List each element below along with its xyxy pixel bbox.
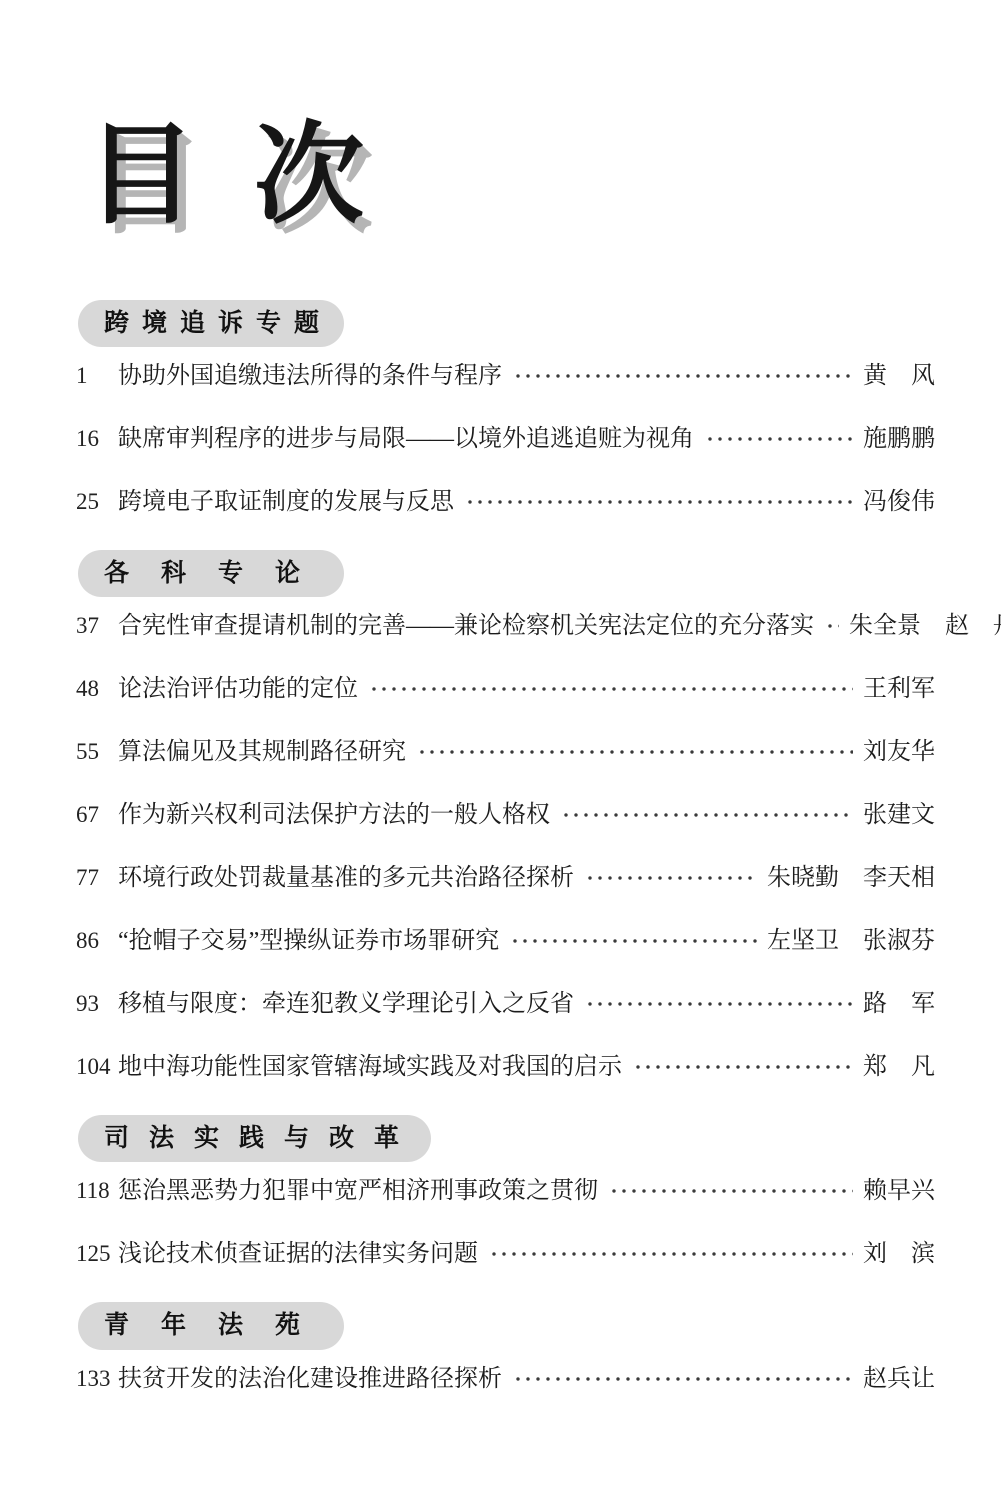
entry-authors: 王利军: [863, 674, 935, 704]
toc-entry: 118 惩治黑恶势力犯罪中宽严相济刑事政策之贯彻 赖早兴: [76, 1176, 935, 1206]
dot-leader: [511, 361, 853, 391]
entry-authors: 刘 滨: [863, 1239, 935, 1269]
dot-leader: [463, 487, 853, 517]
dot-leader: [508, 926, 757, 956]
entry-title: 惩治黑恶势力犯罪中宽严相济刑事政策之贯彻: [118, 1176, 598, 1206]
entry-authors: 路 军: [863, 989, 935, 1019]
entry-page-number: 93: [76, 989, 118, 1019]
entry-authors: 郑 凡: [863, 1052, 935, 1082]
entry-title: “抢帽子交易”型操纵证券市场罪研究: [118, 926, 499, 956]
toc-list: 跨境追诉专题 1 协助外国追缴违法所得的条件与程序 黄 风 16 缺席审判程序的…: [0, 300, 1001, 1394]
entry-authors: 左坚卫 张淑芬: [767, 926, 935, 956]
entry-title: 算法偏见及其规制路径研究: [118, 737, 406, 767]
entry-page-number: 16: [76, 424, 118, 454]
entry-page-number: 118: [76, 1176, 118, 1206]
dot-leader: [823, 611, 839, 641]
entry-authors: 赖早兴: [863, 1176, 935, 1206]
entry-title: 协助外国追缴违法所得的条件与程序: [118, 361, 502, 391]
entry-page-number: 1: [76, 361, 118, 391]
dot-leader: [703, 424, 853, 454]
toc-entry: 55 算法偏见及其规制路径研究 刘友华: [76, 737, 935, 767]
toc-entry: 93 移植与限度：牵连犯教义学理论引入之反省 路 军: [76, 989, 935, 1019]
entry-page-number: 55: [76, 737, 118, 767]
toc-entry: 25 跨境电子取证制度的发展与反思 冯俊伟: [76, 487, 935, 517]
dot-leader: [487, 1239, 853, 1269]
entry-page-number: 133: [76, 1364, 118, 1394]
dot-leader: [583, 863, 757, 893]
entry-title: 移植与限度：牵连犯教义学理论引入之反省: [118, 989, 574, 1019]
dot-leader: [607, 1176, 853, 1206]
entry-title: 环境行政处罚裁量基准的多元共治路径探析: [118, 863, 574, 893]
section-heading: 司法实践与改革: [78, 1115, 431, 1162]
entry-title: 浅论技术侦查证据的法律实务问题: [118, 1239, 478, 1269]
entry-page-number: 25: [76, 487, 118, 517]
entry-authors: 赵兵让: [863, 1364, 935, 1394]
section-heading: 跨境追诉专题: [78, 300, 344, 347]
entry-title: 论法治评估功能的定位: [118, 674, 358, 704]
entry-page-number: 86: [76, 926, 118, 956]
toc-entry: 104 地中海功能性国家管辖海域实践及对我国的启示 郑 凡: [76, 1052, 935, 1082]
section-judicial-practice-reform: 司法实践与改革 118 惩治黑恶势力犯罪中宽严相济刑事政策之贯彻 赖早兴 125…: [76, 1115, 935, 1269]
entry-title: 扶贫开发的法治化建设推进路径探析: [118, 1364, 502, 1394]
entry-title: 跨境电子取证制度的发展与反思: [118, 487, 454, 517]
toc-entry: 37 合宪性审查提请机制的完善——兼论检察机关宪法定位的充分落实 朱全景 赵 丹: [76, 611, 935, 641]
dot-leader: [631, 1052, 853, 1082]
entry-title: 地中海功能性国家管辖海域实践及对我国的启示: [118, 1052, 622, 1082]
entry-page-number: 37: [76, 611, 118, 641]
dot-leader: [367, 674, 853, 704]
toc-entry: 16 缺席审判程序的进步与局限——以境外追逃追赃为视角 施鹏鹏: [76, 424, 935, 454]
entry-authors: 朱全景 赵 丹: [849, 611, 1001, 641]
section-cross-border-prosecution: 跨境追诉专题 1 协助外国追缴违法所得的条件与程序 黄 风 16 缺席审判程序的…: [76, 300, 935, 517]
dot-leader: [511, 1364, 853, 1394]
section-special-topics: 各科专论 37 合宪性审查提请机制的完善——兼论检察机关宪法定位的充分落实 朱全…: [76, 550, 935, 1082]
toc-entry: 77 环境行政处罚裁量基准的多元共治路径探析 朱晓勤 李天相: [76, 863, 935, 893]
toc-entry: 67 作为新兴权利司法保护方法的一般人格权 张建文: [76, 800, 935, 830]
toc-page: 目次 跨境追诉专题 1 协助外国追缴违法所得的条件与程序 黄 风 16 缺席审判…: [0, 0, 1001, 1489]
section-heading: 各科专论: [78, 550, 344, 597]
entry-title: 缺席审判程序的进步与局限——以境外追逃追赃为视角: [118, 424, 694, 454]
entry-page-number: 77: [76, 863, 118, 893]
entry-authors: 施鹏鹏: [863, 424, 935, 454]
entry-authors: 黄 风: [863, 361, 935, 391]
section-heading: 青年法苑: [78, 1302, 344, 1349]
toc-entry: 133 扶贫开发的法治化建设推进路径探析 赵兵让: [76, 1364, 935, 1394]
entry-page-number: 48: [76, 674, 118, 704]
section-youth-law-forum: 青年法苑 133 扶贫开发的法治化建设推进路径探析 赵兵让: [76, 1302, 935, 1393]
toc-entry: 86 “抢帽子交易”型操纵证券市场罪研究 左坚卫 张淑芬: [76, 926, 935, 956]
entry-title: 作为新兴权利司法保护方法的一般人格权: [118, 800, 550, 830]
dot-leader: [415, 737, 853, 767]
entry-page-number: 67: [76, 800, 118, 830]
toc-entry: 125 浅论技术侦查证据的法律实务问题 刘 滨: [76, 1239, 935, 1269]
page-title: 目次: [86, 118, 1001, 234]
entry-authors: 冯俊伟: [863, 487, 935, 517]
entry-title: 合宪性审查提请机制的完善——兼论检察机关宪法定位的充分落实: [118, 611, 814, 641]
toc-entry: 48 论法治评估功能的定位 王利军: [76, 674, 935, 704]
dot-leader: [583, 989, 853, 1019]
dot-leader: [559, 800, 853, 830]
entry-authors: 刘友华: [863, 737, 935, 767]
entry-page-number: 104: [76, 1052, 118, 1082]
entry-authors: 张建文: [863, 800, 935, 830]
toc-entry: 1 协助外国追缴违法所得的条件与程序 黄 风: [76, 361, 935, 391]
entry-authors: 朱晓勤 李天相: [767, 863, 935, 893]
entry-page-number: 125: [76, 1239, 118, 1269]
